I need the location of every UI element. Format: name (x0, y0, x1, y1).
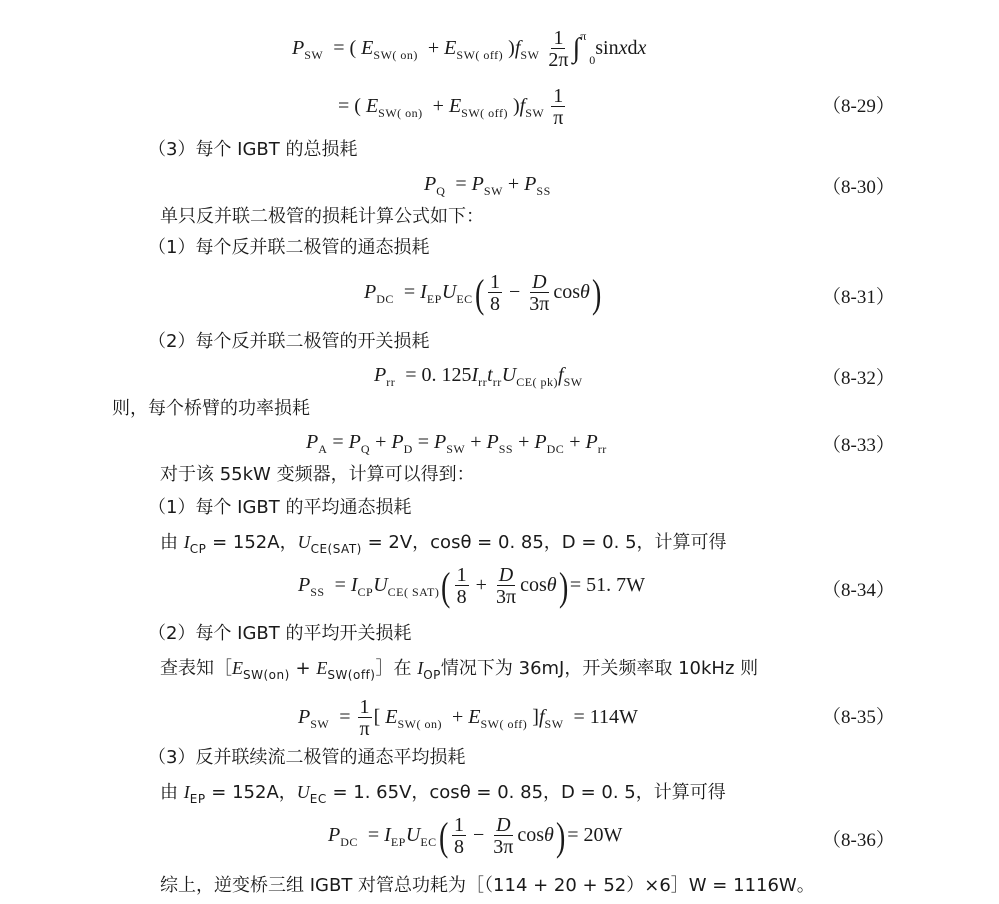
equation-number: （8-29） (822, 91, 895, 118)
equation-8-32: Prr = 0. 125IrrtrrUCE( pk)fSW (374, 363, 583, 394)
equation-8-33: PA = PQ + PD = PSW + PSS + PDC + Prr (306, 430, 607, 461)
equation-8-30: PQ = PSW + PSS (424, 172, 551, 203)
given-icp: = 152A， (212, 532, 297, 553)
heading-igbt-total-loss: （3）每个 IGBT 的总损耗 (148, 138, 358, 162)
summary-text: 综上，逆变桥三组 IGBT 对管总功耗为［（114 + 20 + 52）×6］W… (160, 874, 815, 898)
equation-8-29-line1: PSW = ( ESW( on) + ESW( off) )fSW 12π∫π … (292, 24, 646, 72)
heading-igbt-conduction-loss: （1）每个 IGBT 的平均通态损耗 (148, 496, 412, 520)
equation-number: （8-30） (822, 172, 895, 199)
equation-number: （8-34） (822, 575, 895, 602)
equation-8-35: PSW = 1π[ ESW( on) + ESW( off) ]fSW = 11… (298, 697, 638, 740)
bridge-arm-text: 则，每个桥臂的功率损耗 (112, 397, 310, 421)
equation-8-31: PDC = IEPUEC(18 − D3πcosθ) (364, 272, 603, 315)
equation-8-29-line2: = ( ESW( on) + ESW( off) )fSW 1π (338, 86, 567, 129)
lookup-mid: ］在 (375, 658, 417, 679)
result-psw: = 114W (574, 706, 638, 728)
given-values-diode: 由 IEP = 152A，UEC = 1. 65V，cosθ = 0. 85，D… (160, 780, 726, 811)
fraction-1-over-pi: 1π (551, 86, 565, 129)
lookup-suffix: 情况下为 36mJ，开关频率取 10kHz 则 (441, 658, 758, 679)
given-iep: = 152A， (211, 782, 296, 803)
equation-8-36: PDC = IEPUEC(18 − D3πcosθ)= 20W (328, 815, 622, 858)
heading-igbt-switching-loss: （2）每个 IGBT 的平均开关损耗 (148, 622, 412, 646)
given-uec: = 1. 65V，cosθ = 0. 85，D = 0. 5，计算可得 (332, 782, 725, 803)
given-values-igbt: 由 ICP = 152A，UCE(SAT) = 2V，cosθ = 0. 85，… (160, 530, 727, 561)
equation-number: （8-36） (822, 825, 895, 852)
equation-8-34: PSS = ICPUCE( SAT)(18 + D3πcosθ)= 51. 7W (298, 565, 645, 608)
lookup-prefix: 查表知［ (160, 658, 232, 679)
equation-number: （8-31） (822, 282, 895, 309)
equation-number: （8-35） (822, 702, 895, 729)
equation-number: （8-32） (822, 363, 895, 390)
fraction-1-over-2pi: 12π (546, 28, 570, 71)
given-prefix: 由 (160, 532, 184, 553)
diode-intro-text: 单只反并联二极管的损耗计算公式如下： (160, 205, 484, 229)
heading-diode-switching-loss: （2）每个反并联二极管的开关损耗 (148, 330, 429, 354)
result-pss: = 51. 7W (570, 574, 645, 596)
given-prefix: 由 (160, 782, 184, 803)
given-uce: = 2V，cosθ = 0. 85，D = 0. 5，计算可得 (368, 532, 727, 553)
heading-diode-conduction-loss: （1）每个反并联二极管的通态损耗 (148, 236, 429, 260)
lookup-text: 查表知［ESW(on) + ESW(off)］在 IOP情况下为 36mJ，开关… (160, 656, 758, 687)
result-pdc: = 20W (567, 824, 622, 846)
inverter-intro-text: 对于该 55kW 变频器，计算可以得到： (160, 463, 475, 487)
equation-number: （8-33） (822, 430, 895, 457)
heading-diode-avg-conduction-loss: （3）反并联续流二极管的通态平均损耗 (148, 746, 465, 770)
